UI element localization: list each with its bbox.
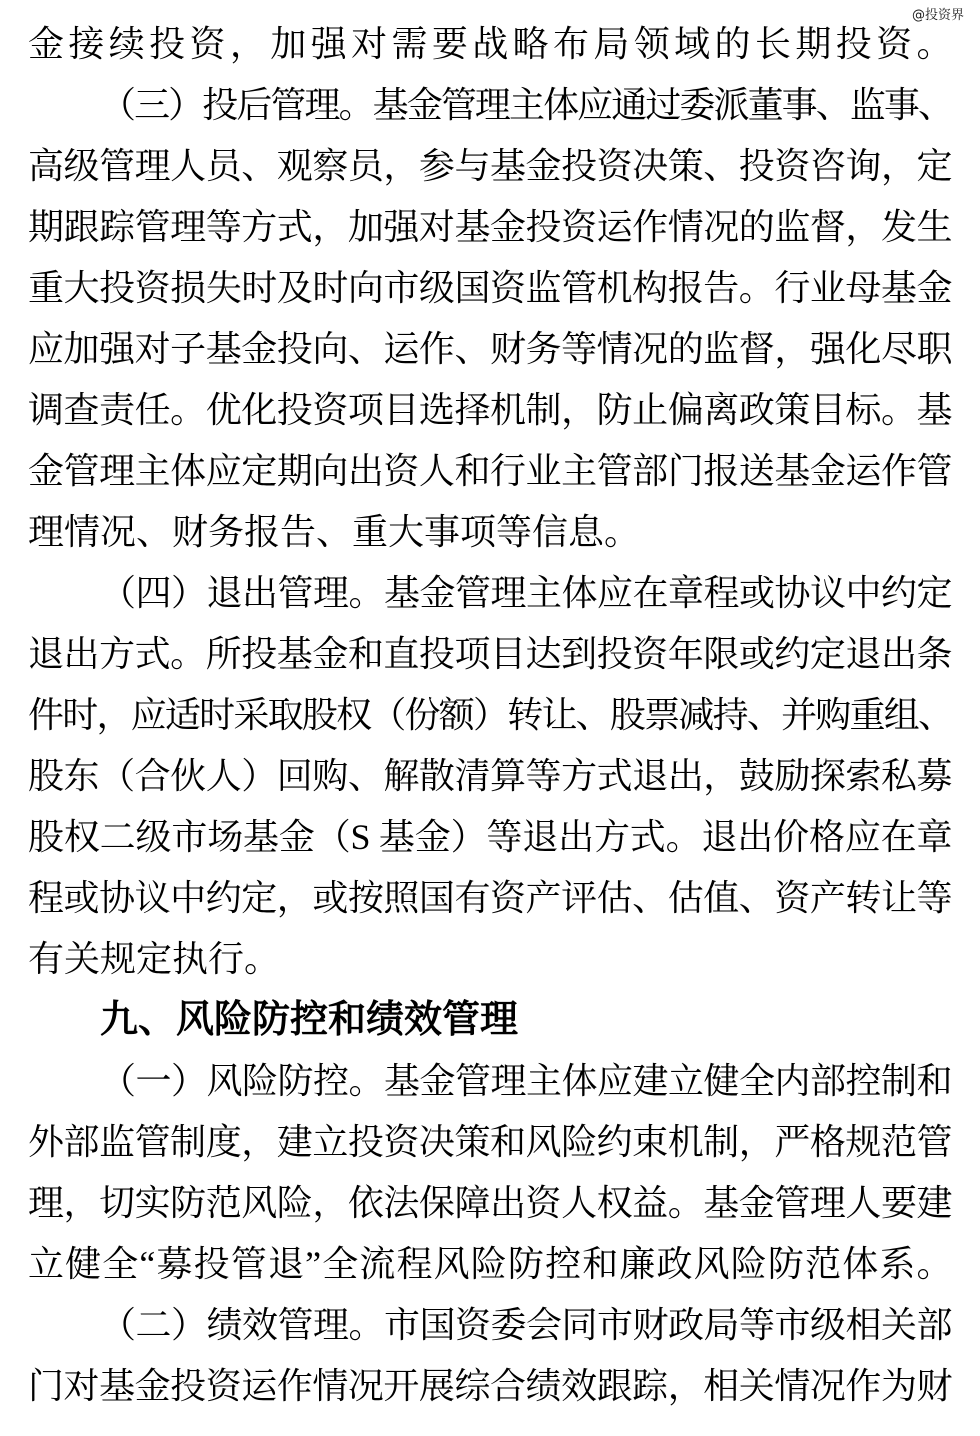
text-line: 应加强对子基金投向、运作、财务等情况的监督，强化尽职 (28, 319, 952, 380)
text-line: 有关规定执行。 (28, 929, 952, 990)
text-line: 门对基金投资运作情况开展综合绩效跟踪，相关情况作为财 (28, 1356, 952, 1417)
text-line: 期跟踪管理等方式，加强对基金投资运作情况的监督，发生 (28, 197, 952, 258)
document-page: @投资界 金接续投资，加强对需要战略布局领域的长期投资。 （三）投后管理。基金管… (0, 0, 980, 1436)
text-line: 退出方式。所投基金和直投项目达到投资年限或约定退出条 (28, 624, 952, 685)
text-line: 调查责任。优化投资项目选择机制，防止偏离政策目标。基 (28, 380, 952, 441)
text-line: 金接续投资，加强对需要战略布局领域的长期投资。 (28, 14, 952, 75)
text-line: （二）绩效管理。市国资委会同市财政局等市级相关部 (28, 1295, 952, 1356)
text-line: （三）投后管理。基金管理主体应通过委派董事、监事、 (28, 75, 952, 136)
text-line: （一）风险防控。基金管理主体应建立健全内部控制和 (28, 1051, 952, 1112)
text-line: 理，切实防范风险，依法保障出资人权益。基金管理人要建 (28, 1173, 952, 1234)
text-line: 重大投资损失时及时向市级国资监管机构报告。行业母基金 (28, 258, 952, 319)
text-line: 外部监管制度，建立投资决策和风险约束机制，严格规范管 (28, 1112, 952, 1173)
text-line: 立健全“募投管退”全流程风险防控和廉政风险防范体系。 (28, 1234, 952, 1295)
text-line: 股东（合伙人）回购、解散清算等方式退出，鼓励探索私募 (28, 746, 952, 807)
text-line: 理情况、财务报告、重大事项等信息。 (28, 502, 952, 563)
text-line: 件时，应适时采取股权（份额）转让、股票减持、并购重组、 (28, 685, 952, 746)
document-body: 金接续投资，加强对需要战略布局领域的长期投资。 （三）投后管理。基金管理主体应通… (28, 14, 952, 1417)
text-line: （四）退出管理。基金管理主体应在章程或协议中约定 (28, 563, 952, 624)
text-line: 高级管理人员、观察员，参与基金投资决策、投资咨询，定 (28, 136, 952, 197)
text-line: 股权二级市场基金（S 基金）等退出方式。退出价格应在章 (28, 807, 952, 868)
section-heading: 九、风险防控和绩效管理 (28, 990, 952, 1051)
text-line: 程或协议中约定，或按照国有资产评估、估值、资产转让等 (28, 868, 952, 929)
text-line: 金管理主体应定期向出资人和行业主管部门报送基金运作管 (28, 441, 952, 502)
